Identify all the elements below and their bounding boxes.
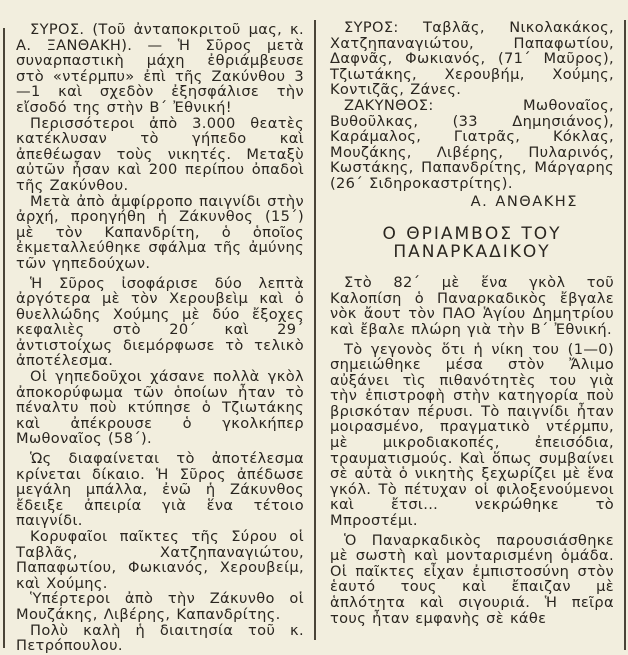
headline-line-2: ΠΑΝΑΡΚΑΔΙΚΟΥ xyxy=(330,243,614,261)
article-paragraph: Ὑπέρτεροι ἀπὸ τὴν Ζάκυνθο οἱ Μουζάκης, Λ… xyxy=(16,591,304,622)
article-syros-report: ΣΥΡΟΣ. (Τοῦ ἀνταποκριτοῦ μας, κ. Α. ΞΑΝΘ… xyxy=(16,22,304,654)
article-paragraph: Περισσότεροι ἀπὸ 3.000 θεατὲς κατέκλυσαν… xyxy=(16,116,304,194)
column-rule-right xyxy=(624,20,626,650)
newspaper-page: ΣΥΡΟΣ. (Τοῦ ἀνταποκριτοῦ μας, κ. Α. ΞΑΝΘ… xyxy=(0,0,628,655)
article-paragraph: Πολὺ καλὴ ἡ διαιτησία τοῦ κ. Πετρόπουλου… xyxy=(16,623,304,654)
article-paragraph: Τὸ γεγονὸς ὅτι ἡ νίκη του (1—0) σημειώθη… xyxy=(330,342,614,529)
headline-panarkadikos: Ο ΘΡΙΑΜΒΟΣ ΤΟΥ ΠΑΝΑΡΚΑΔΙΚΟΥ xyxy=(330,225,614,261)
article-paragraph: Κορυφαῖοι παῖκτες τῆς Σύρου οἱ Ταβλᾶς, Χ… xyxy=(16,529,304,591)
article-paragraph: Μετὰ ἀπὸ ἀμφίρροπο παιγνίδι στὴν ἀρχή, π… xyxy=(16,194,304,272)
column-rule-left xyxy=(3,28,5,648)
article-paragraph: Ὡς διαφαίνεται τὸ ἀποτέλεσμα κρίνεται δί… xyxy=(16,451,304,529)
headline-line-1: Ο ΘΡΙΑΜΒΟΣ ΤΟΥ xyxy=(330,225,614,243)
article-paragraph: ΣΥΡΟΣ. (Τοῦ ἀνταποκριτοῦ μας, κ. Α. ΞΑΝΘ… xyxy=(16,22,304,116)
article-paragraph: Οἱ γηπεδοῦχοι χάσανε πολλὰ γκὸλ ἀποκορύφ… xyxy=(16,369,304,447)
author-signature: Α. ΑΝΘΑΚΗΣ xyxy=(330,194,578,210)
right-column: ΣΥΡΟΣ: Ταβλᾶς, Νικολακάκος, Χατζηπαναγιώ… xyxy=(330,20,614,626)
column-rule-middle xyxy=(314,20,316,640)
lineup-syros: ΣΥΡΟΣ: Ταβλᾶς, Νικολακάκος, Χατζηπαναγιώ… xyxy=(330,20,614,98)
article-paragraph: Ὁ Παναρκαδικὸς παρουσιάσθηκε μὲ σωστὴ κα… xyxy=(330,533,614,627)
article-paragraph: Ἡ Σῦρος ἰσοφάρισε δύο λεπτὰ ἀργότερα μὲ … xyxy=(16,276,304,370)
article-paragraph: Στὸ 82΄ μὲ ἕνα γκὸλ τοῦ Καλοπίση ὁ Παναρ… xyxy=(330,275,614,337)
lineup-zakynthos: ΖΑΚΥΝΘΟΣ: Μωθοναῖος, Βυθοῦλκας, (33 Δημη… xyxy=(330,98,614,192)
